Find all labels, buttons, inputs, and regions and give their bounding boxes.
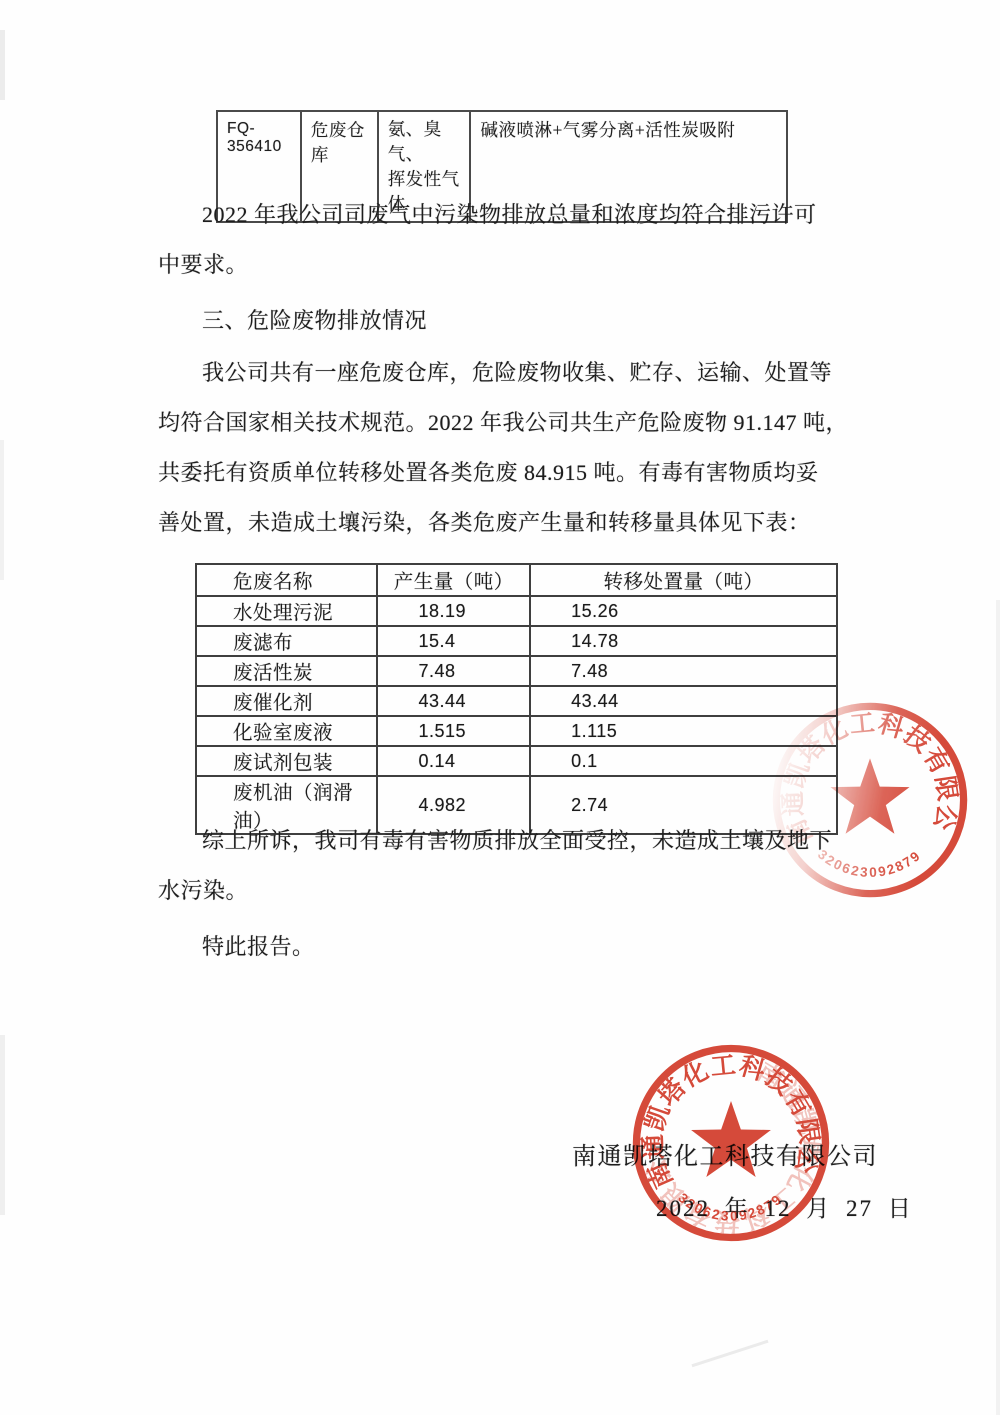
waste-name-cell: 废试剂包装	[196, 746, 377, 776]
paragraph-line: 共委托有资质单位转移处置各类危废 84.915 吨。有毒有害物质均妥	[158, 448, 874, 498]
transferred-cell: 14.78	[530, 626, 837, 656]
section-heading-hazardous-waste: 三、危险废物排放情况	[158, 296, 874, 346]
paragraph-line: 我公司共有一座危废仓库，危险废物收集、贮存、运输、处置等	[158, 348, 874, 398]
table-header-row: 危废名称 产生量（吨） 转移处置量（吨）	[196, 564, 837, 596]
seal-star-icon	[830, 758, 909, 833]
paragraph-line: 善处置，未造成土壤污染，各类危废产生量和转移量具体见下表：	[158, 498, 874, 548]
produced-cell: 43.44	[377, 686, 530, 716]
company-seal-side: 南通凯塔化工科技有限公司 3206230928796	[766, 696, 974, 904]
waste-name-cell: 废活性炭	[196, 656, 377, 686]
waste-name-cell: 废催化剂	[196, 686, 377, 716]
column-header-waste-name: 危废名称	[196, 564, 377, 596]
heading-line: 三、危险废物排放情况	[158, 296, 874, 346]
paragraph-line: 均符合国家相关技术规范。2022 年我公司共生产危险废物 91.147 吨，	[158, 398, 874, 448]
column-header-produced: 产生量（吨）	[377, 564, 530, 596]
waste-name-cell: 化验室废液	[196, 716, 377, 746]
paragraph-line: 特此报告。	[158, 922, 874, 972]
table-row: 废试剂包装 0.14 0.1	[196, 746, 837, 776]
pollutants-line-1: 氨、臭气、	[388, 117, 464, 167]
scan-artifact	[0, 1035, 5, 1215]
produced-cell: 7.48	[377, 656, 530, 686]
produced-cell: 1.515	[377, 716, 530, 746]
column-header-transferred: 转移处置量（吨）	[530, 564, 837, 596]
waste-name-cell: 废滤布	[196, 626, 377, 656]
hazardous-waste-table: 危废名称 产生量（吨） 转移处置量（吨） 水处理污泥 18.19 15.26 废…	[195, 563, 838, 835]
waste-name-cell: 水处理污泥	[196, 596, 377, 626]
table-row: 废催化剂 43.44 43.44	[196, 686, 837, 716]
seal-star-icon	[691, 1101, 771, 1177]
table-row: 废滤布 15.4 14.78	[196, 626, 837, 656]
seal-graphic: 南通凯塔化工科技有限公司 3206230928796	[766, 696, 974, 904]
transferred-cell: 15.26	[530, 596, 837, 626]
scan-artifact	[0, 30, 5, 100]
paragraph-line: 2022 年我公司司废气中污染物排放总量和浓度均符合排污许可	[158, 190, 874, 240]
transferred-cell: 7.48	[530, 656, 837, 686]
produced-cell: 15.4	[377, 626, 530, 656]
table-row: 水处理污泥 18.19 15.26	[196, 596, 837, 626]
scan-artifact	[0, 440, 4, 580]
paragraph-hazardous-waste-summary: 我公司共有一座危废仓库，危险废物收集、贮存、运输、处置等 均符合国家相关技术规范…	[158, 348, 874, 548]
table-row: 化验室废液 1.515 1.115	[196, 716, 837, 746]
seal-graphic: 南通凯塔化工科技有限公司 3206230928796 南通凯塔化工科技有限公司	[626, 1038, 836, 1248]
seal-arc-text: 南通凯塔化工科技有限公司	[766, 696, 962, 849]
table-row: 废活性炭 7.48 7.48	[196, 656, 837, 686]
produced-cell: 18.19	[377, 596, 530, 626]
company-seal-main: 南通凯塔化工科技有限公司 3206230928796 南通凯塔化工科技有限公司	[626, 1038, 836, 1248]
paragraph-waste-gas-compliance: 2022 年我公司司废气中污染物排放总量和浓度均符合排污许可 中要求。	[158, 190, 874, 290]
scan-artifact	[996, 600, 1000, 1415]
scanned-document-page: FQ-356410 危废仓库 氨、臭气、 挥发性气体 碱液喷淋+气雾分离+活性炭…	[0, 0, 1000, 1415]
scan-artifact	[691, 1340, 768, 1368]
paragraph-line: 中要求。	[158, 240, 874, 290]
produced-cell: 0.14	[377, 746, 530, 776]
paragraph-report-statement: 特此报告。	[158, 922, 874, 972]
